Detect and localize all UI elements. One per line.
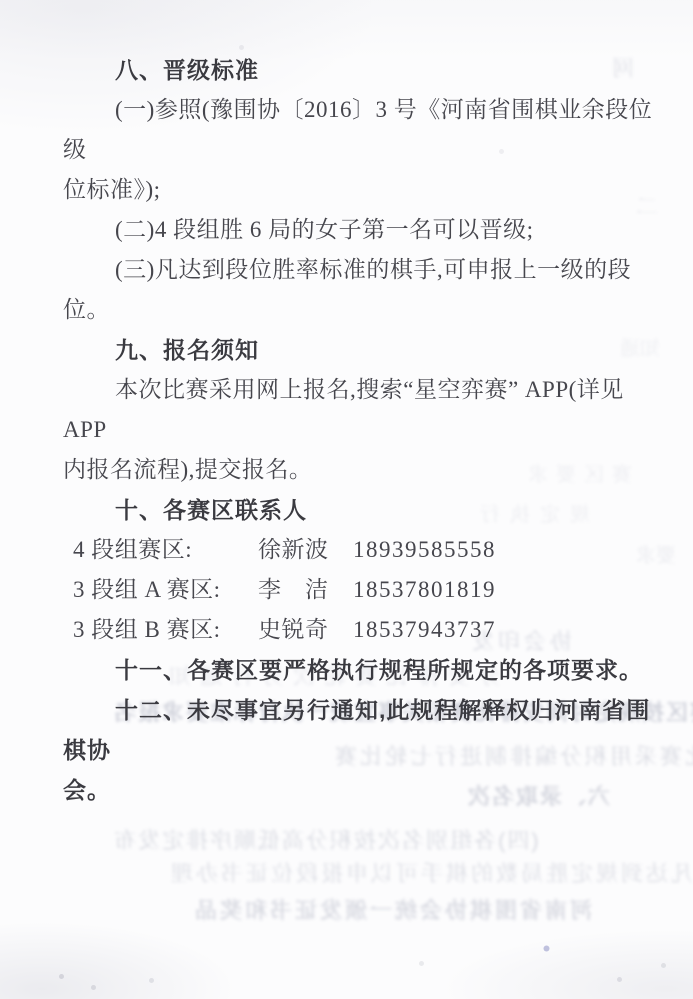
contact-phone: 18537801819 (353, 570, 496, 610)
contact-name: 史锐奇 (258, 610, 353, 650)
contact-zone-label: 4 段组赛区: (73, 530, 258, 570)
contact-phone: 18537943737 (353, 610, 496, 650)
contact-row: 3 段组 A 赛区: 李 洁 18537801819 (63, 570, 662, 610)
bleedthrough-text: 河南省围棋协会统一颁发证书和奖品 (192, 898, 592, 924)
section-9-body: 本次比赛采用网上报名,搜索“星空弈赛” APP(详见 APP 内报名流程),提交… (63, 370, 662, 490)
section-9-heading: 九、报名须知 (63, 330, 662, 370)
section-12-text: 十二、未尽事宜另行通知,此规程解释权归河南省围棋协 会。 (63, 690, 662, 810)
contact-phone: 18939585558 (353, 530, 496, 570)
contact-zone-label: 3 段组 A 赛区: (73, 570, 258, 610)
section-8-item-2: (二)4 段组胜 6 局的女子第一名可以晋级; (63, 210, 662, 250)
section-11-text: 十一、各赛区要严格执行规程所规定的各项要求。 (63, 650, 662, 690)
bleedthrough-text: (四)各组别名次按积分高低顺序排定发布 (112, 828, 539, 854)
contact-name: 李 洁 (258, 570, 353, 610)
section-10-heading: 十、各赛区联系人 (63, 490, 662, 530)
section-8-heading: 八、晋级标准 (63, 50, 662, 90)
contact-zone-label: 3 段组 B 赛区: (73, 610, 258, 650)
contact-row: 4 段组赛区: 徐新波 18939585558 (63, 530, 662, 570)
section-8-item-1: (一)参照(豫围协〔2016〕3 号《河南省围棋业余段位级 位标准》); (63, 90, 662, 210)
bleedthrough-text: 凡达到规定胜局数的棋手可以申报段位证书办理 (168, 861, 693, 887)
contact-name: 徐新波 (258, 530, 353, 570)
scan-noise-dots (0, 0, 3, 3)
document-body: 八、晋级标准 (一)参照(豫围协〔2016〕3 号《河南省围棋业余段位级 位标准… (63, 50, 662, 810)
scanned-document-page: 网 二 知通 赛区要求 规定执行 要求 协会印发 分安排比赛轮次另行通知 赛区按… (0, 0, 693, 999)
section-8-item-3: (三)凡达到段位胜率标准的棋手,可申报上一级的段位。 (63, 250, 662, 330)
contact-list: 4 段组赛区: 徐新波 18939585558 3 段组 A 赛区: 李 洁 1… (63, 530, 662, 650)
contact-row: 3 段组 B 赛区: 史锐奇 18537943737 (63, 610, 662, 650)
